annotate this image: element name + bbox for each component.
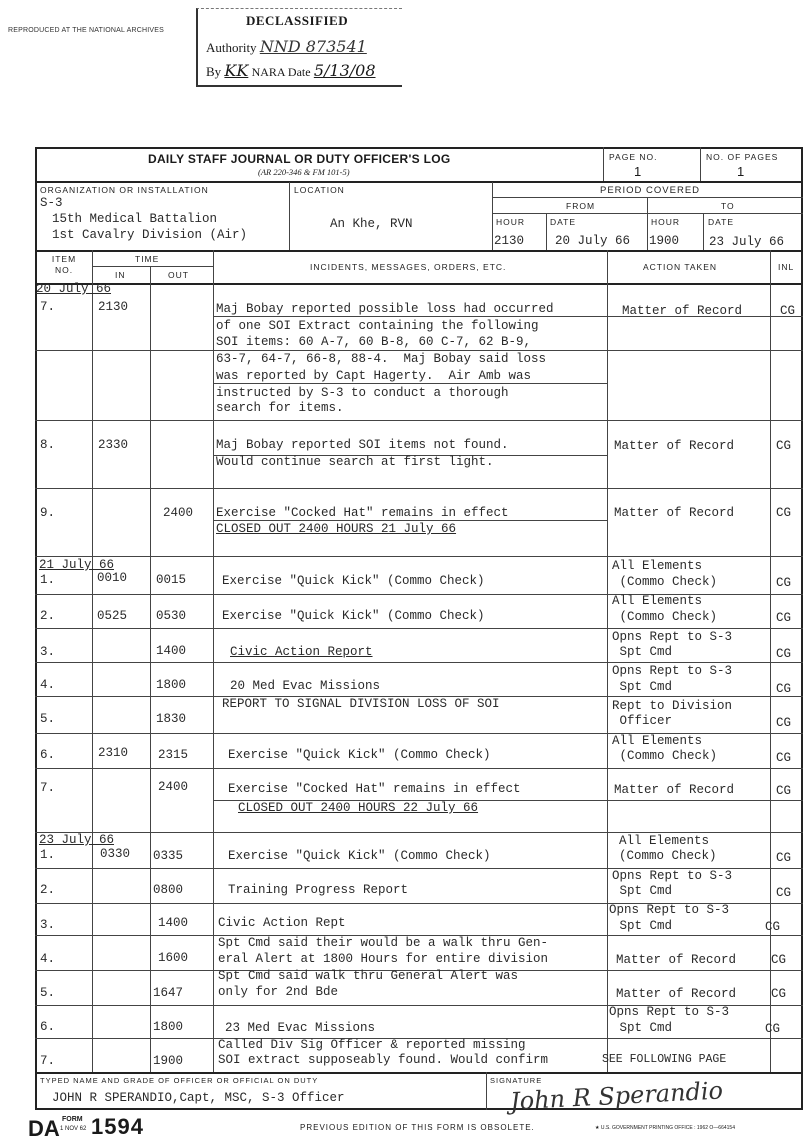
time-out: 1800	[153, 1019, 183, 1035]
org-line-1: S-3	[40, 195, 63, 211]
incident-line: Spt Cmd said their would be a walk thru …	[218, 935, 548, 951]
incident-line: Spt Cmd said walk thru General Alert was	[218, 968, 518, 984]
incident-line: Civic Action Report	[230, 644, 373, 660]
action-line: Opns Rept to S-3	[609, 902, 729, 918]
item-no: 5.	[40, 711, 55, 727]
incident-line: SOI extract supposeably found. Would con…	[218, 1052, 548, 1068]
action-line: (Commo Check)	[612, 609, 717, 625]
to-hour: 1900	[649, 233, 679, 249]
nara-date-value: 5/13/08	[314, 61, 376, 80]
signature-label: SIGNATURE	[490, 1076, 542, 1085]
incident-line: was reported by Capt Hagerty. Air Amb wa…	[216, 368, 531, 384]
time-out: 1400	[158, 915, 188, 931]
incident-line: Exercise "Quick Kick" (Commo Check)	[228, 747, 491, 763]
nara-date-label: NARA Date	[252, 65, 311, 79]
incident-line: instructed by S-3 to conduct a thorough	[216, 385, 509, 401]
form-date: 1 NOV 62	[60, 1126, 86, 1132]
action-line: Opns Rept to S-3	[612, 629, 732, 645]
time-out: 1830	[156, 711, 186, 727]
page-no: 1	[634, 164, 641, 179]
action-line: Spt Cmd	[612, 644, 672, 660]
initials: CG	[780, 303, 795, 319]
action-line: (Commo Check)	[619, 848, 717, 864]
printing-note: ★ U.S. GOVERNMENT PRINTING OFFICE : 1962…	[595, 1125, 735, 1131]
action-line: Rept to Division	[612, 698, 732, 714]
time-in: 0330	[100, 846, 130, 862]
time-out: 1400	[156, 643, 186, 659]
form-word: FORM	[62, 1116, 83, 1123]
action-line: Spt Cmd	[612, 1020, 672, 1036]
action-line: All Elements	[612, 733, 702, 749]
item-no: 9.	[40, 505, 55, 521]
initials: CG	[765, 919, 780, 935]
action-line: Opns Rept to S-3	[609, 1004, 729, 1020]
archive-note: REPRODUCED AT THE NATIONAL ARCHIVES	[8, 27, 164, 34]
item-no: 3.	[40, 917, 55, 933]
incident-line: of one SOI Extract containing the follow…	[216, 318, 539, 334]
form-title: DAILY STAFF JOURNAL OR DUTY OFFICER'S LO…	[148, 152, 451, 166]
date-header-20-july: 20 July 66	[36, 281, 111, 297]
item-no: 7.	[40, 1053, 55, 1069]
page-no-label: PAGE NO.	[609, 152, 657, 162]
to-date-label: DATE	[708, 217, 734, 227]
item-no: 3.	[40, 644, 55, 660]
action-line: Officer	[612, 713, 672, 729]
by-label: By	[206, 64, 221, 79]
incident-line: REPORT TO SIGNAL DIVISION LOSS OF SOI	[222, 696, 500, 712]
closed-out-line: CLOSED OUT 2400 HOURS 22 July 66	[238, 800, 478, 816]
from-hour: 2130	[494, 233, 524, 249]
item-no: 8.	[40, 437, 55, 453]
action-taken: Matter of Record	[622, 303, 742, 319]
incident-line: Would continue search at first light.	[216, 454, 494, 470]
stamp-title: DECLASSIFIED	[246, 13, 348, 29]
time-out: 1647	[153, 985, 183, 1001]
action-line: (Commo Check)	[612, 574, 717, 590]
org-line-3: 1st Cavalry Division (Air)	[52, 227, 247, 243]
to-date: 23 July 66	[709, 234, 784, 250]
item-no: 5.	[40, 985, 55, 1001]
action-taken: Matter of Record	[616, 986, 736, 1002]
declassified-stamp: DECLASSIFIED Authority NND 873541 By KK …	[196, 8, 402, 87]
time-out: 1600	[158, 950, 188, 966]
item-no: 2.	[40, 882, 55, 898]
incident-line: only for 2nd Bde	[218, 984, 338, 1000]
incident-line: 63-7, 64-7, 66-8, 88-4. Maj Bobay said l…	[216, 351, 546, 367]
form-da: DA	[28, 1116, 60, 1138]
by-value: KK	[224, 61, 248, 80]
item-no: 2.	[40, 608, 55, 624]
from-hour-label: HOUR	[496, 217, 525, 227]
incident-line: Exercise "Quick Kick" (Commo Check)	[222, 608, 485, 624]
item-no: 6.	[40, 747, 55, 763]
incident-line: Exercise "Quick Kick" (Commo Check)	[222, 573, 485, 589]
initials: CG	[776, 750, 791, 766]
item-no: 1.	[40, 847, 55, 863]
action-line: Spt Cmd	[612, 883, 672, 899]
period-label: PERIOD COVERED	[600, 185, 700, 196]
col-time: TIME	[135, 254, 159, 264]
authority-value: NND 873541	[260, 37, 367, 56]
item-no: 1.	[40, 572, 55, 588]
org-label: ORGANIZATION OR INSTALLATION	[40, 185, 209, 195]
incident-line: Civic Action Rept	[218, 915, 346, 931]
from-date-label: DATE	[550, 217, 576, 227]
to-hour-label: HOUR	[651, 217, 680, 227]
incident-line: eral Alert at 1800 Hours for entire divi…	[218, 951, 548, 967]
time-out: 0015	[156, 572, 186, 588]
action-line: All Elements	[612, 558, 702, 574]
initials: CG	[776, 715, 791, 731]
action-line: All Elements	[612, 593, 702, 609]
initials: CG	[776, 681, 791, 697]
item-no: 6.	[40, 1019, 55, 1035]
item-no: 7.	[40, 299, 55, 315]
initials: CG	[771, 952, 786, 968]
action-line: Spt Cmd	[612, 679, 672, 695]
col-incidents: INCIDENTS, MESSAGES, ORDERS, ETC.	[310, 262, 506, 272]
action-taken: Matter of Record	[614, 505, 734, 521]
initials: CG	[776, 885, 791, 901]
time-in: 2130	[98, 299, 128, 315]
item-no: 4.	[40, 677, 55, 693]
officer-label: TYPED NAME AND GRADE OF OFFICER OR OFFIC…	[40, 1076, 318, 1085]
initials: CG	[776, 505, 791, 521]
to-label: TO	[721, 201, 735, 211]
time-out: 2400	[158, 779, 188, 795]
time-in: 0010	[97, 570, 127, 586]
col-in: IN	[115, 270, 126, 280]
incident-line: search for items.	[216, 400, 344, 416]
time-out: 0800	[153, 882, 183, 898]
incident-line: Maj Bobay reported SOI items not found.	[216, 437, 509, 453]
initials: CG	[776, 610, 791, 626]
incident-line: Maj Bobay reported possible loss had occ…	[216, 301, 554, 317]
initials: CG	[776, 646, 791, 662]
no-pages: 1	[737, 164, 744, 179]
stamp-authority: Authority NND 873541	[206, 37, 367, 56]
action-taken: Matter of Record	[614, 438, 734, 454]
initials: CG	[771, 986, 786, 1002]
initials: CG	[776, 783, 791, 799]
location-label: LOCATION	[294, 185, 345, 195]
action-taken: SEE FOLLOWING PAGE	[602, 1052, 726, 1068]
initials: CG	[776, 575, 791, 591]
incident-line: Exercise "Quick Kick" (Commo Check)	[228, 848, 491, 864]
form-number: 1594	[91, 1114, 144, 1138]
time-in: 0525	[97, 608, 127, 624]
officer-name: JOHN R SPERANDIO,Capt, MSC, S-3 Officer	[52, 1090, 345, 1106]
initials: CG	[776, 850, 791, 866]
closed-out-line: CLOSED OUT 2400 HOURS 21 July 66	[216, 521, 456, 537]
stamp-by-line: By KK NARA Date 5/13/08	[206, 61, 376, 80]
location-value: An Khe, RVN	[330, 216, 413, 232]
incident-line: Training Progress Report	[228, 882, 408, 898]
incident-line: SOI items: 60 A-7, 60 B-8, 60 C-7, 62 B-…	[216, 334, 531, 350]
action-taken: Matter of Record	[616, 952, 736, 968]
initials: CG	[765, 1021, 780, 1037]
col-inl: INL	[778, 262, 794, 272]
action-line: All Elements	[619, 833, 709, 849]
from-label: FROM	[566, 201, 595, 211]
action-line: Opns Rept to S-3	[612, 663, 732, 679]
time-in: 2330	[98, 437, 128, 453]
incident-line: Called Div Sig Officer & reported missin…	[218, 1037, 526, 1053]
action-taken: Matter of Record	[614, 782, 734, 798]
col-action: ACTION TAKEN	[643, 262, 717, 272]
item-no: 7.	[40, 780, 55, 796]
action-line: (Commo Check)	[612, 748, 717, 764]
incident-line: Exercise "Cocked Hat" remains in effect	[216, 505, 509, 521]
initials: CG	[776, 438, 791, 454]
action-line: Opns Rept to S-3	[612, 868, 732, 884]
obsolete-note: PREVIOUS EDITION OF THIS FORM IS OBSOLET…	[300, 1123, 535, 1132]
no-pages-label: NO. OF PAGES	[706, 152, 778, 162]
time-out: 0530	[156, 608, 186, 624]
from-date: 20 July 66	[555, 233, 630, 249]
time-out: 1900	[153, 1053, 183, 1069]
incident-line: 20 Med Evac Missions	[230, 678, 380, 694]
action-line: Spt Cmd	[612, 918, 672, 934]
incident-line: Exercise "Cocked Hat" remains in effect	[228, 781, 521, 797]
time-out: 2315	[158, 747, 188, 763]
org-line-2: 15th Medical Battalion	[52, 211, 217, 227]
time-in: 2310	[98, 745, 128, 761]
col-out: OUT	[168, 270, 189, 280]
item-no: 4.	[40, 951, 55, 967]
time-out: 1800	[156, 677, 186, 693]
col-item: ITEM NO.	[48, 254, 80, 276]
time-out: 2400	[163, 505, 193, 521]
form-subtitle: (AR 220-346 & FM 101-5)	[258, 167, 350, 177]
authority-label: Authority	[206, 40, 257, 55]
incident-line: 23 Med Evac Missions	[225, 1020, 375, 1036]
time-out: 0335	[153, 848, 183, 864]
